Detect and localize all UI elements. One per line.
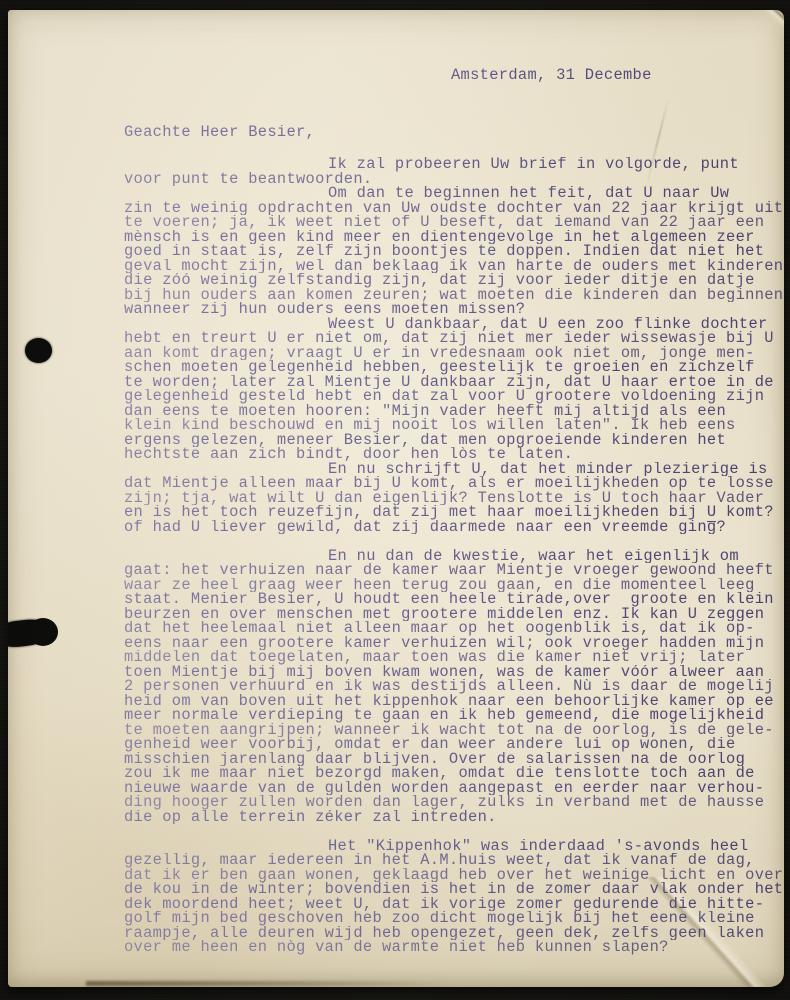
document-scan: Amsterdam, 31 December Geachte Heer Besi… — [0, 0, 790, 1000]
letter-text: Amsterdam, 31 December Geachte Heer Besi… — [124, 68, 784, 955]
letter-line: voor punt te beantwoorden. — [124, 172, 784, 187]
letter-line: 2 personen verhuurd en ik was destijds a… — [124, 679, 784, 694]
punch-hole-bottom — [28, 618, 58, 646]
paragraph: Ik zal probeeren Uw brief in volgorde, p… — [124, 157, 784, 186]
letter-line: die op alle terrein zéker zal intreden. — [124, 810, 784, 825]
letter-body: Ik zal probeeren Uw brief in volgorde, p… — [124, 157, 784, 955]
paragraph: En nu dan de kwestie, waar het eigenlijk… — [124, 549, 784, 825]
letter-line: middelen dat toegelaten, maar toen was d… — [124, 650, 784, 665]
paragraph: En nu schrijft U, dat het minder plezier… — [124, 462, 784, 535]
paragraph: Weest U dankbaar, dat U een zoo flinke d… — [124, 317, 784, 462]
letter-line: dat ik er ben gaan wonen, geklaagd heb o… — [124, 868, 784, 883]
corner-fold — [715, 10, 784, 67]
letter-line: bij hun ouders aan komen zeuren; wat moe… — [124, 288, 784, 303]
paragraph: Het "Kippenhok" was inderdaad 's-avonds … — [124, 839, 784, 955]
letter-line: klein kind beschouwd en mij nooit los wi… — [124, 418, 784, 433]
letter-line: ding hooger zullen worden dan lager, zul… — [124, 795, 784, 810]
date-line: Amsterdam, 31 December — [124, 68, 784, 83]
letter-line: waar ze heel graag weer heen terug zou g… — [124, 578, 784, 593]
letter-line: te voeren; ja, ik weet niet of U beseft,… — [124, 215, 784, 230]
letter-line: aan komt dragen; vraagt U er in vredesna… — [124, 346, 784, 361]
letter-line: over me heen en nòg van de warmte niet h… — [124, 940, 784, 955]
letter-line: genheid weer voorbij, omdat er dan weer … — [124, 737, 784, 752]
salutation: Geachte Heer Besier, — [124, 125, 784, 140]
paragraph: Om dan te beginnen het feit, dat U naar … — [124, 186, 784, 317]
bottom-edge-smudge — [86, 981, 446, 986]
letter-line: hechtste aan zich bindt, door hen lòs te… — [124, 447, 784, 462]
date-dropped-letter: r — [652, 70, 662, 88]
date-text: Amsterdam, 31 Decembe — [451, 66, 652, 84]
letter-page: Amsterdam, 31 December Geachte Heer Besi… — [8, 10, 784, 987]
letter-line: zijn; tja, wat wilt U dan eigenlijk? Ten… — [124, 491, 784, 506]
letter-line: of had U liever gewild, dat zij daarmede… — [124, 520, 784, 535]
punch-hole-top — [25, 338, 52, 363]
